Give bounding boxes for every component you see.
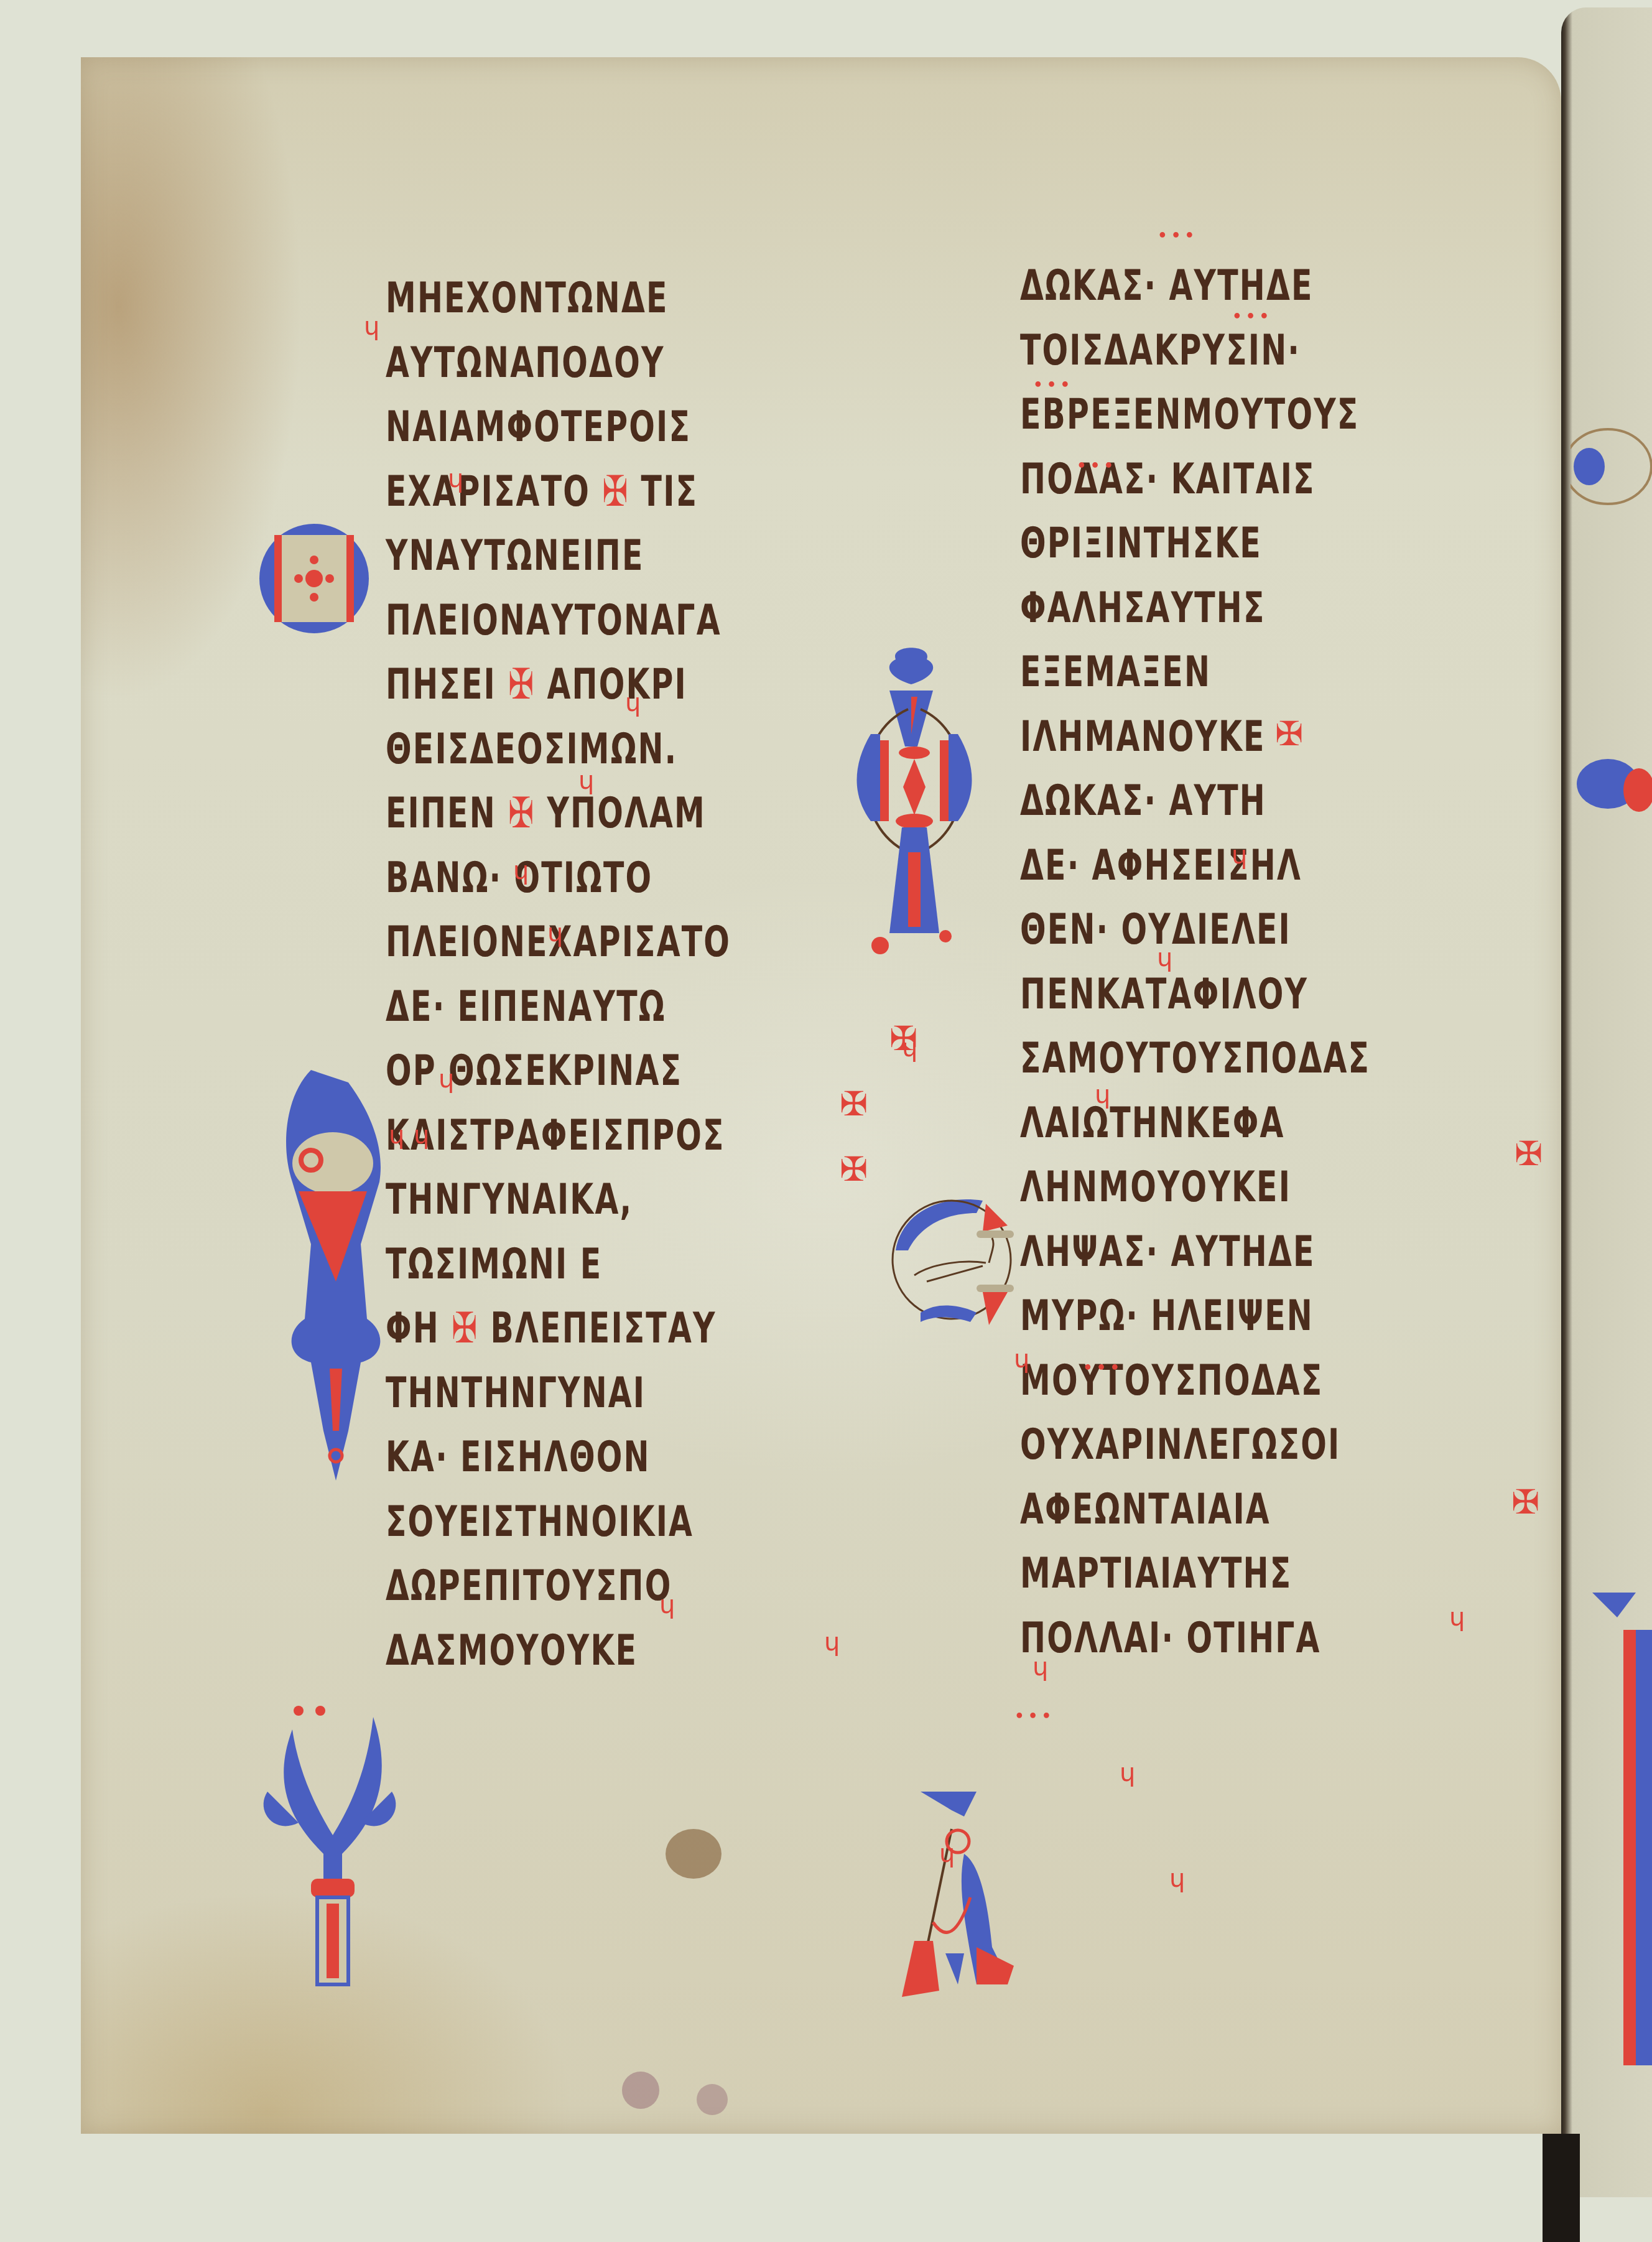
text-segment: ΠΛΕΙΟΝΑΥΤΟΝΑΓΑ xyxy=(386,596,722,645)
text-segment: ΚΑΙΣΤΡΑΦΕΙΣΠΡΟΣ xyxy=(386,1111,725,1160)
red-neume-mark-icon: ɥ xyxy=(902,1036,917,1061)
red-neume-mark-icon: ɥ xyxy=(1232,843,1247,868)
text-segment: ΕΞΕΜΑΞΕΝ xyxy=(1020,648,1211,697)
text-segment: ΥΠΟΛΑΜ xyxy=(535,789,706,838)
text-line: ΚΑΙΣΤΡΑΦΕΙΣΠΡΟΣ xyxy=(386,1111,725,1161)
text-line: ΘΕΝ· ΟΥΔΙΕΛΕΙ xyxy=(1020,905,1291,955)
stain xyxy=(666,1829,722,1879)
rubric-cross-icon: ✠ xyxy=(452,1304,478,1353)
text-segment: ΥΝΑΥΤΩΝΕΙΠΕ xyxy=(386,531,644,580)
ekphonetic-dots-icon: ••• xyxy=(1232,311,1272,323)
text-line: ΑΥΤΩΝΑΠΟΔΟΥ xyxy=(386,338,665,388)
red-neume-mark-icon: ɥ xyxy=(659,1593,675,1617)
text-segment: ΜΗΕΧΟΝΤΩΝΔΕ xyxy=(386,274,669,323)
text-segment: ΒΛΕΠΕΙΣΤΑΥ xyxy=(478,1304,716,1353)
text-segment: ΟΥΧΑΡΙΝΛΕΓΩΣΟΙ xyxy=(1020,1420,1340,1469)
text-segment: ΔΩΡΕΠΙΤΟΥΣΠΟ xyxy=(386,1561,672,1611)
text-segment: ΠΟΔΑΣ· ΚΑΙΤΑΙΣ xyxy=(1020,455,1316,504)
text-line: ΤΟΙΣΔΑΚΡΥΣΙΝ· xyxy=(1020,326,1301,376)
text-segment: ΠΗΣΕΙ xyxy=(386,660,508,709)
foliate-kappa-initial-icon xyxy=(883,1792,1045,2028)
ekphonetic-dots-icon: ••• xyxy=(1076,460,1116,473)
facing-page-column-initial-icon xyxy=(1580,1568,1652,2078)
red-neume-mark-icon: ɥ xyxy=(625,691,641,715)
text-line: ΘΕΙΣΔΕΟΣΙΜΩΝ. xyxy=(386,725,677,774)
text-line: ΔΕ· ΕΙΠΕΝΑΥΤΩ xyxy=(386,982,666,1032)
text-line: ΜΟΥΤΟΥΣΠΟΔΑΣ xyxy=(1020,1356,1323,1406)
red-neume-mark-icon: ɥ xyxy=(439,1067,454,1092)
text-segment: ΑΦΕΩΝΤΑΙΑΙΑ xyxy=(1020,1485,1271,1534)
text-line: ΤΗΝΓΥΝΑΙΚΑ, xyxy=(386,1175,633,1225)
text-line: ΛΗΨΑΣ· ΑΥΤΗΔΕ xyxy=(1020,1227,1316,1277)
text-line: ΕΧΑΡΙΣΑΤΟ ✠ ΤΙΣ xyxy=(386,467,698,517)
text-segment: ΣΑΜΟΥΤΟΥΣΠΟΔΑΣ xyxy=(1020,1034,1370,1083)
text-line: ΠΟΛΛΑΙ· ΟΤΙΗΓΑ xyxy=(1020,1614,1321,1663)
text-segment: ΜΟΥΤΟΥΣΠΟΔΑΣ xyxy=(1020,1356,1323,1405)
red-neume-mark-icon: ɥ xyxy=(1014,1347,1029,1372)
text-segment: ΜΥΡΩ· ΗΛΕΙΨΕΝ xyxy=(1020,1291,1314,1341)
text-line: ΟΥΧΑΡΙΝΛΕΓΩΣΟΙ xyxy=(1020,1420,1340,1470)
text-segment: ΛΗΝΜΟΥΟΥΚΕΙ xyxy=(1020,1163,1291,1212)
text-line: ΠΟΔΑΣ· ΚΑΙΤΑΙΣ xyxy=(1020,455,1316,505)
text-segment: ΟΡ ΘΩΣΕΚΡΙΝΑΣ xyxy=(386,1046,682,1095)
binding-shadow xyxy=(1543,2134,1580,2242)
foliate-upsilon-initial-icon xyxy=(249,1705,411,2003)
text-segment: ΝΑΙΑΜΦΟΤΕΡΟΙΣ xyxy=(386,402,691,452)
facing-page-initial-icon xyxy=(1571,398,1652,1082)
red-neume-mark-icon: ɥ xyxy=(1449,1605,1465,1630)
text-line: ΤΩΣΙΜΩΝΙ Ε xyxy=(386,1240,602,1290)
text-line: ΠΛΕΙΟΝΑΥΤΟΝΑΓΑ xyxy=(386,596,722,646)
text-line: ΠΕΝΚΑΤΑΦΙΛΟΥ xyxy=(1020,970,1308,1020)
text-line: ΙΛΗΜΑΝΟΥΚΕ xyxy=(1020,712,1266,762)
red-neume-mark-icon: ɥ xyxy=(578,768,594,793)
red-neume-mark-icon: ɥ xyxy=(939,1841,955,1866)
text-line: ΜΥΡΩ· ΗΛΕΙΨΕΝ xyxy=(1020,1291,1314,1341)
red-neume-mark-icon: ɥ xyxy=(389,1123,404,1148)
text-line: ΕΒΡΕΞΕΝΜΟΥΤΟΥΣ xyxy=(1020,390,1359,440)
text-segment: ΑΠΟΚΡΙ xyxy=(535,660,687,709)
rubric-cross-icon: ✠ xyxy=(1511,1484,1539,1521)
text-segment: ΔΩΚΑΣ· ΑΥΤΗΔΕ xyxy=(1020,261,1314,310)
stain xyxy=(622,2072,659,2109)
text-segment: ΤΗΝΤΗΝΓΥΝΑΙ xyxy=(386,1369,646,1418)
rubric-cross-icon: ✠ xyxy=(1515,1135,1543,1173)
red-neume-mark-icon: ɥ xyxy=(1032,1655,1048,1680)
red-neume-mark-icon: ɥ xyxy=(414,1123,429,1148)
text-segment: ΠΟΛΛΑΙ· ΟΤΙΗΓΑ xyxy=(1020,1614,1321,1663)
text-line: ΕΞΕΜΑΞΕΝ xyxy=(1020,648,1211,697)
ekphonetic-dots-icon: ••• xyxy=(1032,379,1073,392)
text-segment: ΛΗΨΑΣ· ΑΥΤΗΔΕ xyxy=(1020,1227,1316,1277)
text-segment: ΤΟΙΣΔΑΚΡΥΣΙΝ· xyxy=(1020,326,1301,375)
blessing-hand-initial-icon xyxy=(883,1188,1032,1331)
text-line: ΔΩΡΕΠΙΤΟΥΣΠΟ xyxy=(386,1561,672,1611)
text-line: ΘΡΙΞΙΝΤΗΣΚΕ xyxy=(1020,519,1262,569)
rubric-cross-icon: ✠ xyxy=(602,467,629,516)
text-line: ΕΙΠΕΝ ✠ ΥΠΟΛΑΜ xyxy=(386,789,706,839)
red-neume-mark-icon: ɥ xyxy=(513,858,529,883)
rubric-cross-icon: ✠ xyxy=(840,1086,868,1123)
text-line: ΠΗΣΕΙ ✠ ΑΠΟΚΡΙ xyxy=(386,660,687,710)
text-segment: ΘΡΙΞΙΝΤΗΣΚΕ xyxy=(1020,519,1262,568)
text-segment: ΛΑΙΩΤΗΝΚΕΦΑ xyxy=(1020,1099,1285,1148)
text-line: ΥΝΑΥΤΩΝΕΙΠΕ xyxy=(386,531,644,581)
illuminated-initial-omicron-icon xyxy=(252,516,376,641)
red-neume-mark-icon: ɥ xyxy=(1157,946,1172,970)
rubric-cross-icon: ✠ xyxy=(1275,715,1303,753)
text-line: ΤΗΝΤΗΝΓΥΝΑΙ xyxy=(386,1369,646,1418)
text-segment: ΜΑΡΤΙΑΙΑΥΤΗΣ xyxy=(1020,1549,1292,1598)
rubric-cross-icon: ✠ xyxy=(840,1151,868,1188)
red-neume-mark-icon: ɥ xyxy=(448,467,463,491)
text-line: ΛΑΙΩΤΗΝΚΕΦΑ xyxy=(1020,1099,1285,1148)
text-segment: ΘΕΙΣΔΕΟΣΙΜΩΝ. xyxy=(386,725,677,774)
ekphonetic-dots-icon: ••• xyxy=(1157,230,1197,243)
text-segment: ΤΗΝΓΥΝΑΙΚΑ, xyxy=(386,1175,633,1224)
text-segment: ΔΕ· ΕΙΠΕΝΑΥΤΩ xyxy=(386,982,666,1031)
text-line: ΔΩΚΑΣ· ΑΥΤΗΔΕ xyxy=(1020,261,1314,311)
red-neume-mark-icon: ɥ xyxy=(1095,1082,1110,1107)
text-line: ΦΑΛΗΣΑΥΤΗΣ xyxy=(1020,584,1266,633)
rubric-cross-icon: ✠ xyxy=(508,660,535,709)
text-line: ΑΦΕΩΝΤΑΙΑΙΑ xyxy=(1020,1485,1271,1535)
text-line: ΝΑΙΑΜΦΟΤΕΡΟΙΣ xyxy=(386,402,691,452)
text-segment: ΔΑΣΜΟΥΟΥΚΕ xyxy=(386,1626,638,1675)
text-segment: ΕΙΠΕΝ xyxy=(386,789,508,838)
red-neume-mark-icon: ɥ xyxy=(364,314,379,339)
text-segment: ΘΕΝ· ΟΥΔΙΕΛΕΙ xyxy=(1020,905,1291,954)
text-segment: ΕΒΡΕΞΕΝΜΟΥΤΟΥΣ xyxy=(1020,390,1359,439)
text-line: ΜΑΡΤΙΑΙΑΥΤΗΣ xyxy=(1020,1549,1292,1599)
text-line: ΔΕ· ΑΦΗΣΕΙΣΗΛ xyxy=(1020,841,1302,891)
text-line: ΛΗΝΜΟΥΟΥΚΕΙ xyxy=(1020,1163,1291,1212)
text-line: ΟΡ ΘΩΣΕΚΡΙΝΑΣ xyxy=(386,1046,682,1096)
text-segment: ΠΕΝΚΑΤΑΦΙΛΟΥ xyxy=(1020,970,1308,1019)
text-segment: ΔΕ· ΑΦΗΣΕΙΣΗΛ xyxy=(1020,841,1302,890)
text-line: ΣΟΥΕΙΣΤΗΝΟΙΚΙΑ xyxy=(386,1497,694,1547)
text-segment: ΔΩΚΑΣ· ΑΥΤΗ xyxy=(1020,776,1266,826)
red-neume-mark-icon: ɥ xyxy=(824,1630,840,1655)
text-line: ΜΗΕΧΟΝΤΩΝΔΕ xyxy=(386,274,669,323)
text-line: ΦΗ ✠ ΒΛΕΠΕΙΣΤΑΥ xyxy=(386,1304,717,1354)
text-segment: ΕΧΑΡΙΣΑΤΟ xyxy=(386,467,602,516)
ekphonetic-dots-icon: ••• xyxy=(1014,1711,1054,1723)
text-segment: ΣΟΥΕΙΣΤΗΝΟΙΚΙΑ xyxy=(386,1497,694,1547)
ekphonetic-dots-icon: ••• xyxy=(1082,1362,1123,1375)
stain xyxy=(697,2084,728,2115)
ornamental-phi-initial-icon xyxy=(846,647,983,1020)
zoomorphic-fish-initial-icon xyxy=(274,1058,398,1481)
text-segment: ΙΛΗΜΑΝΟΥΚΕ xyxy=(1020,712,1266,761)
text-line: ΣΑΜΟΥΤΟΥΣΠΟΔΑΣ xyxy=(1020,1034,1370,1084)
red-neume-mark-icon: ɥ xyxy=(1120,1761,1135,1785)
red-neume-mark-icon: ɥ xyxy=(1169,1866,1185,1891)
text-segment: ΦΗ xyxy=(386,1304,452,1353)
red-neume-mark-icon: ɥ xyxy=(547,921,563,946)
text-segment: ΑΥΤΩΝΑΠΟΔΟΥ xyxy=(386,338,665,388)
text-segment: ΤΩΣΙΜΩΝΙ Ε xyxy=(386,1240,602,1289)
text-line: ΚΑ· ΕΙΣΗΛΘΟΝ xyxy=(386,1433,651,1482)
text-segment: ΚΑ· ΕΙΣΗΛΘΟΝ xyxy=(386,1433,651,1482)
text-segment: ΦΑΛΗΣΑΥΤΗΣ xyxy=(1020,584,1266,633)
text-segment: ΤΙΣ xyxy=(629,467,698,516)
text-line: ΔΑΣΜΟΥΟΥΚΕ xyxy=(386,1626,638,1676)
text-line: ΔΩΚΑΣ· ΑΥΤΗ xyxy=(1020,776,1266,826)
rubric-cross-icon: ✠ xyxy=(508,789,535,838)
